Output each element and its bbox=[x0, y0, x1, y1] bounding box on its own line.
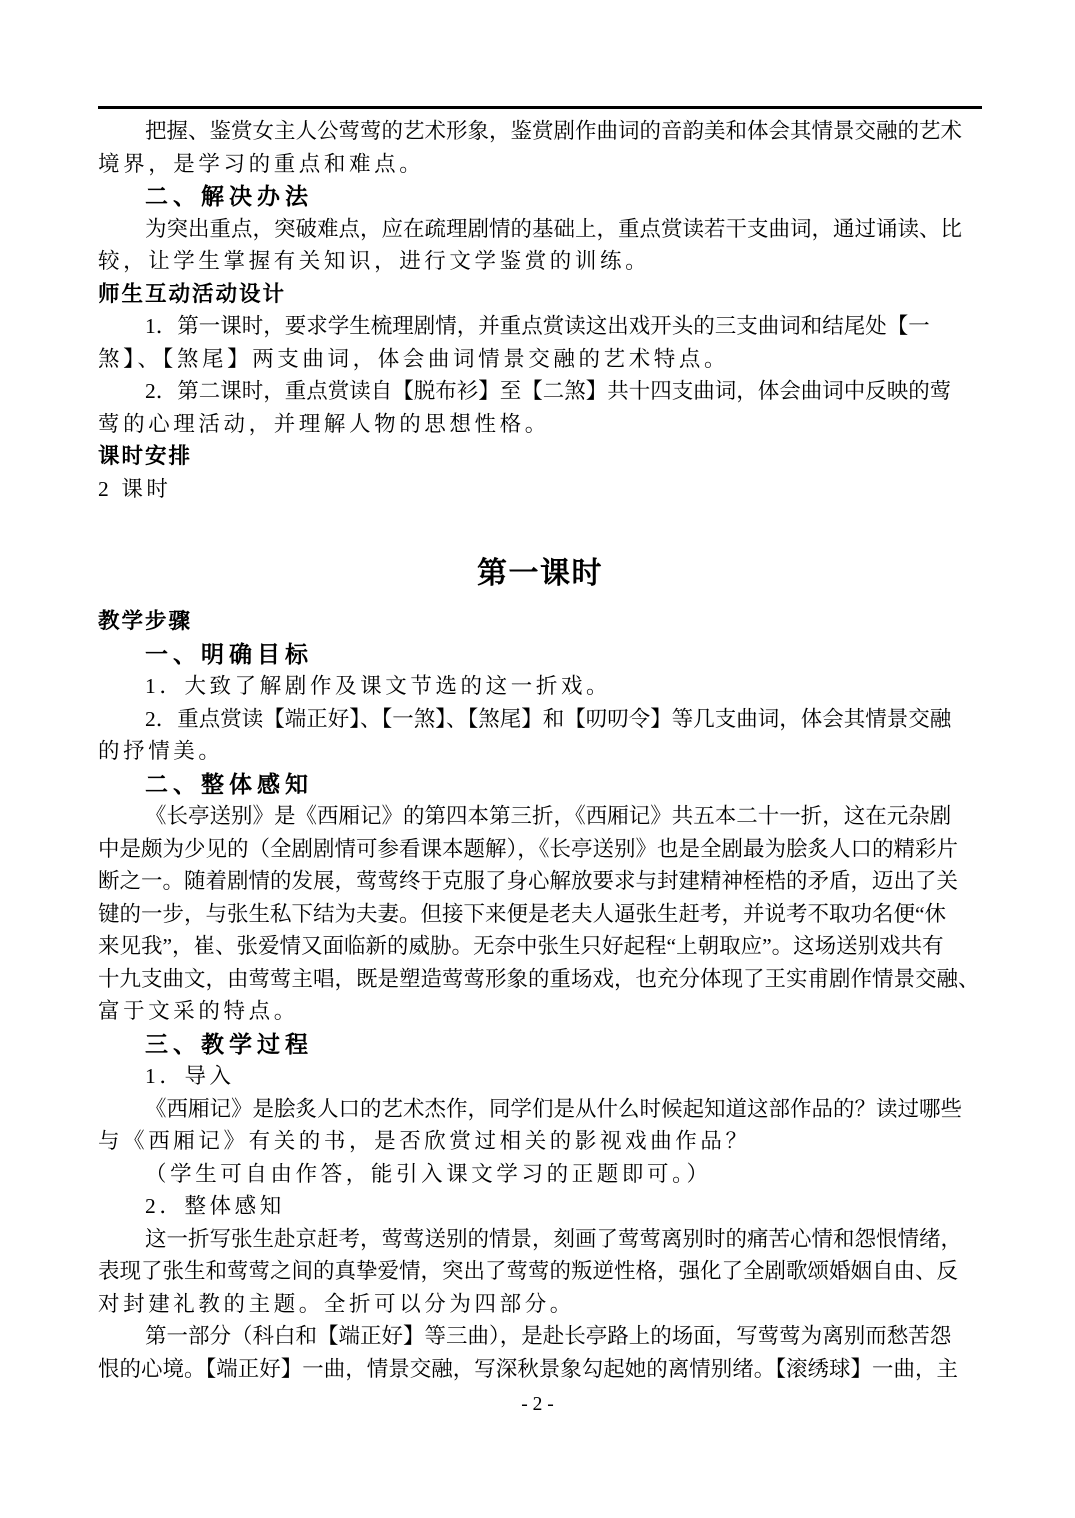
paragraph-line: 莺的心理活动，并理解人物的思想性格。 bbox=[98, 408, 982, 441]
side-heading: 教学步骤 bbox=[98, 605, 982, 638]
paragraph-line: （学生可自由作答，能引入课文学习的正题即可。） bbox=[98, 1158, 982, 1191]
side-heading: 师生互动活动设计 bbox=[98, 278, 982, 311]
paragraph-line: 的抒情美。 bbox=[98, 735, 982, 768]
paragraph-line: 境界，是学习的重点和难点。 bbox=[98, 148, 982, 181]
paragraph-line: 对封建礼教的主题。全折可以分为四部分。 bbox=[98, 1288, 982, 1321]
paragraph-line: 《西厢记》是脍炙人口的艺术杰作，同学们是从什么时候起知道这部作品的？读过哪些 bbox=[98, 1093, 982, 1126]
paragraph-line: 恨的心境。【端正好】一曲，情景交融，写深秋景象勾起她的离情别绪。【滚绣球】一曲，… bbox=[98, 1353, 982, 1386]
paragraph-line: 表现了张生和莺莺之间的真挚爱情，突出了莺莺的叛逆性格，强化了全剧歌颂婚姻自由、反 bbox=[98, 1255, 982, 1288]
page-body: 把握、鉴赏女主人公莺莺的艺术形象，鉴赏剧作曲词的音韵美和体会其情景交融的艺术境界… bbox=[98, 106, 982, 1385]
paragraph-line: 2．重点赏读【端正好】、【一煞】、【煞尾】和【叨叨令】等几支曲词，体会其情景交融 bbox=[98, 703, 982, 736]
paragraph-line: 较，让学生掌握有关知识，进行文学鉴赏的训练。 bbox=[98, 245, 982, 278]
paragraph-line: 第一部分（科白和【端正好】等三曲），是赴长亭路上的场面，写莺莺为离别而愁苦怨 bbox=[98, 1320, 982, 1353]
side-heading: 课时安排 bbox=[98, 440, 982, 473]
paragraph-line: 断之一。随着剧情的发展，莺莺终于克服了身心解放要求与封建精神桎梏的矛盾，迈出了关 bbox=[98, 865, 982, 898]
paragraph-line: 1．导入 bbox=[98, 1060, 982, 1093]
paragraph-line: 来见我”，崔、张爱情又面临新的威胁。无奈中张生只好起程“上朝取应”。这场送别戏共… bbox=[98, 930, 982, 963]
paragraph-line: 2 课时 bbox=[98, 473, 982, 506]
paragraph-line: 中是颇为少见的（全剧剧情可参看课本题解），《长亭送别》也是全剧最为脍炙人口的精彩… bbox=[98, 833, 982, 866]
paragraph-line: 2．整体感知 bbox=[98, 1190, 982, 1223]
page-number: - 2 - bbox=[0, 1391, 1075, 1419]
paragraph-line: 与《西厢记》有关的书，是否欣赏过相关的影视戏曲作品？ bbox=[98, 1125, 982, 1158]
section-heading: 三、教学过程 bbox=[98, 1028, 982, 1061]
section-heading: 二、整体感知 bbox=[98, 768, 982, 801]
paragraph-line: 这一折写张生赴京赶考，莺莺送别的情景，刻画了莺莺离别时的痛苦心情和怨恨情绪， bbox=[98, 1223, 982, 1256]
document-page: 把握、鉴赏女主人公莺莺的艺术形象，鉴赏剧作曲词的音韵美和体会其情景交融的艺术境界… bbox=[0, 0, 1075, 1518]
paragraph-line: 十九支曲文，由莺莺主唱，既是塑造莺莺形象的重场戏，也充分体现了王实甫剧作情景交融… bbox=[98, 963, 982, 996]
paragraph-line: 把握、鉴赏女主人公莺莺的艺术形象，鉴赏剧作曲词的音韵美和体会其情景交融的艺术 bbox=[98, 115, 982, 148]
text-lines: 把握、鉴赏女主人公莺莺的艺术形象，鉴赏剧作曲词的音韵美和体会其情景交融的艺术境界… bbox=[98, 115, 982, 1385]
paragraph-line: 2．第二课时，重点赏读自【脱布衫】至【二煞】共十四支曲词，体会曲词中反映的莺 bbox=[98, 375, 982, 408]
paragraph-line: 键的一步，与张生私下结为夫妻。但接下来便是老夫人逼张生赶考，并说考不取功名便“休 bbox=[98, 898, 982, 931]
paragraph-line: 富于文采的特点。 bbox=[98, 995, 982, 1028]
paragraph-line: 煞】、【煞尾】两支曲词，体会曲词情景交融的艺术特点。 bbox=[98, 343, 982, 376]
paragraph-line: 《长亭送别》是《西厢记》的第四本第三折，《西厢记》共五本二十一折，这在元杂剧 bbox=[98, 800, 982, 833]
paragraph-line: 为突出重点，突破难点，应在疏理剧情的基础上，重点赏读若干支曲词，通过诵读、比 bbox=[98, 213, 982, 246]
header-rule bbox=[98, 106, 982, 109]
section-heading: 二、解决办法 bbox=[98, 180, 982, 213]
paragraph-line: 1．第一课时，要求学生梳理剧情，并重点赏读这出戏开头的三支曲词和结尾处【一 bbox=[98, 310, 982, 343]
section-heading: 一、明确目标 bbox=[98, 638, 982, 671]
chapter-title: 第一课时 bbox=[98, 549, 982, 599]
paragraph-line: 1．大致了解剧作及课文节选的这一折戏。 bbox=[98, 670, 982, 703]
